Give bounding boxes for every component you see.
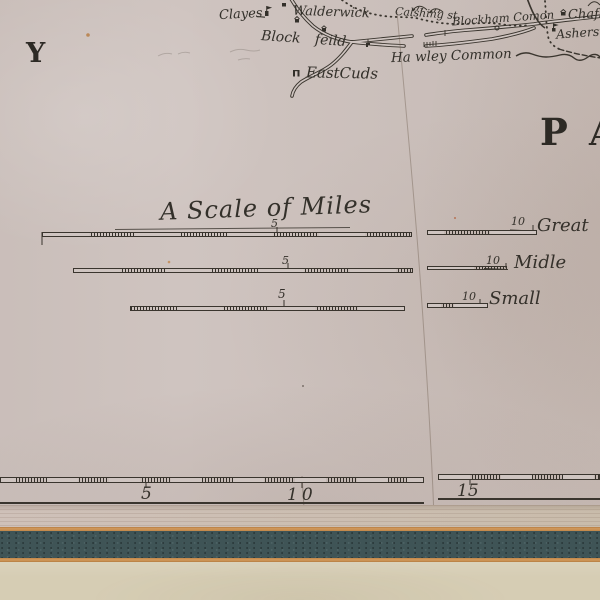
scalebar-great-10: 10 — [511, 216, 525, 227]
place-label-eastcuds: EastCuds — [306, 65, 378, 81]
scalebar-great-left — [42, 232, 412, 237]
mat-beige-strip — [0, 562, 600, 600]
scalebar-small-left — [130, 306, 405, 311]
scalebar-small-10: 10 — [462, 291, 476, 302]
framed-antique-map-photo: Y P A Clayes Walderwick Block feild East… — [0, 0, 600, 600]
grid-letter-a: A — [589, 116, 600, 151]
gatehouse-icon — [293, 70, 300, 77]
place-label-chafsi: Chafsi — [568, 7, 600, 21]
paper-edge-strip — [0, 505, 600, 527]
scalebar-small-5: 5 — [278, 288, 286, 300]
scalebar-midle-5: 5 — [282, 255, 289, 266]
fold-crease — [302, 12, 434, 518]
border-scalebar-left — [0, 477, 424, 483]
place-label-walderwick: Walderwick — [293, 5, 370, 21]
scalebar-small-right — [427, 303, 488, 308]
scalebar-small-name: Small — [489, 290, 541, 308]
place-label-asherst: Asherst — [556, 25, 600, 41]
map-engraving-art — [0, 0, 600, 530]
frame-teal-band — [0, 531, 600, 559]
faint-marks — [158, 49, 260, 60]
scalebar-midle-name: Midle — [514, 254, 566, 272]
scalebar-midle-10: 10 — [486, 255, 500, 266]
scalebar-great-5: 5 — [271, 218, 278, 229]
place-label-clayes: Clayes — [219, 7, 263, 22]
tower-flag-icon — [265, 7, 271, 17]
scalebar-great-name: Great — [537, 217, 589, 235]
border-scale-5: 5 — [141, 486, 152, 503]
scalebar-great-right — [427, 230, 537, 235]
border-scalebar-right — [438, 474, 600, 480]
grid-letter-p: P — [540, 114, 569, 151]
grid-letter-y: Y — [26, 40, 46, 67]
map-neatline-right — [438, 498, 600, 500]
scalebar-midle-left — [73, 268, 413, 273]
scale-title: A Scale of Miles — [160, 192, 373, 223]
map-neatline-left — [0, 502, 424, 505]
